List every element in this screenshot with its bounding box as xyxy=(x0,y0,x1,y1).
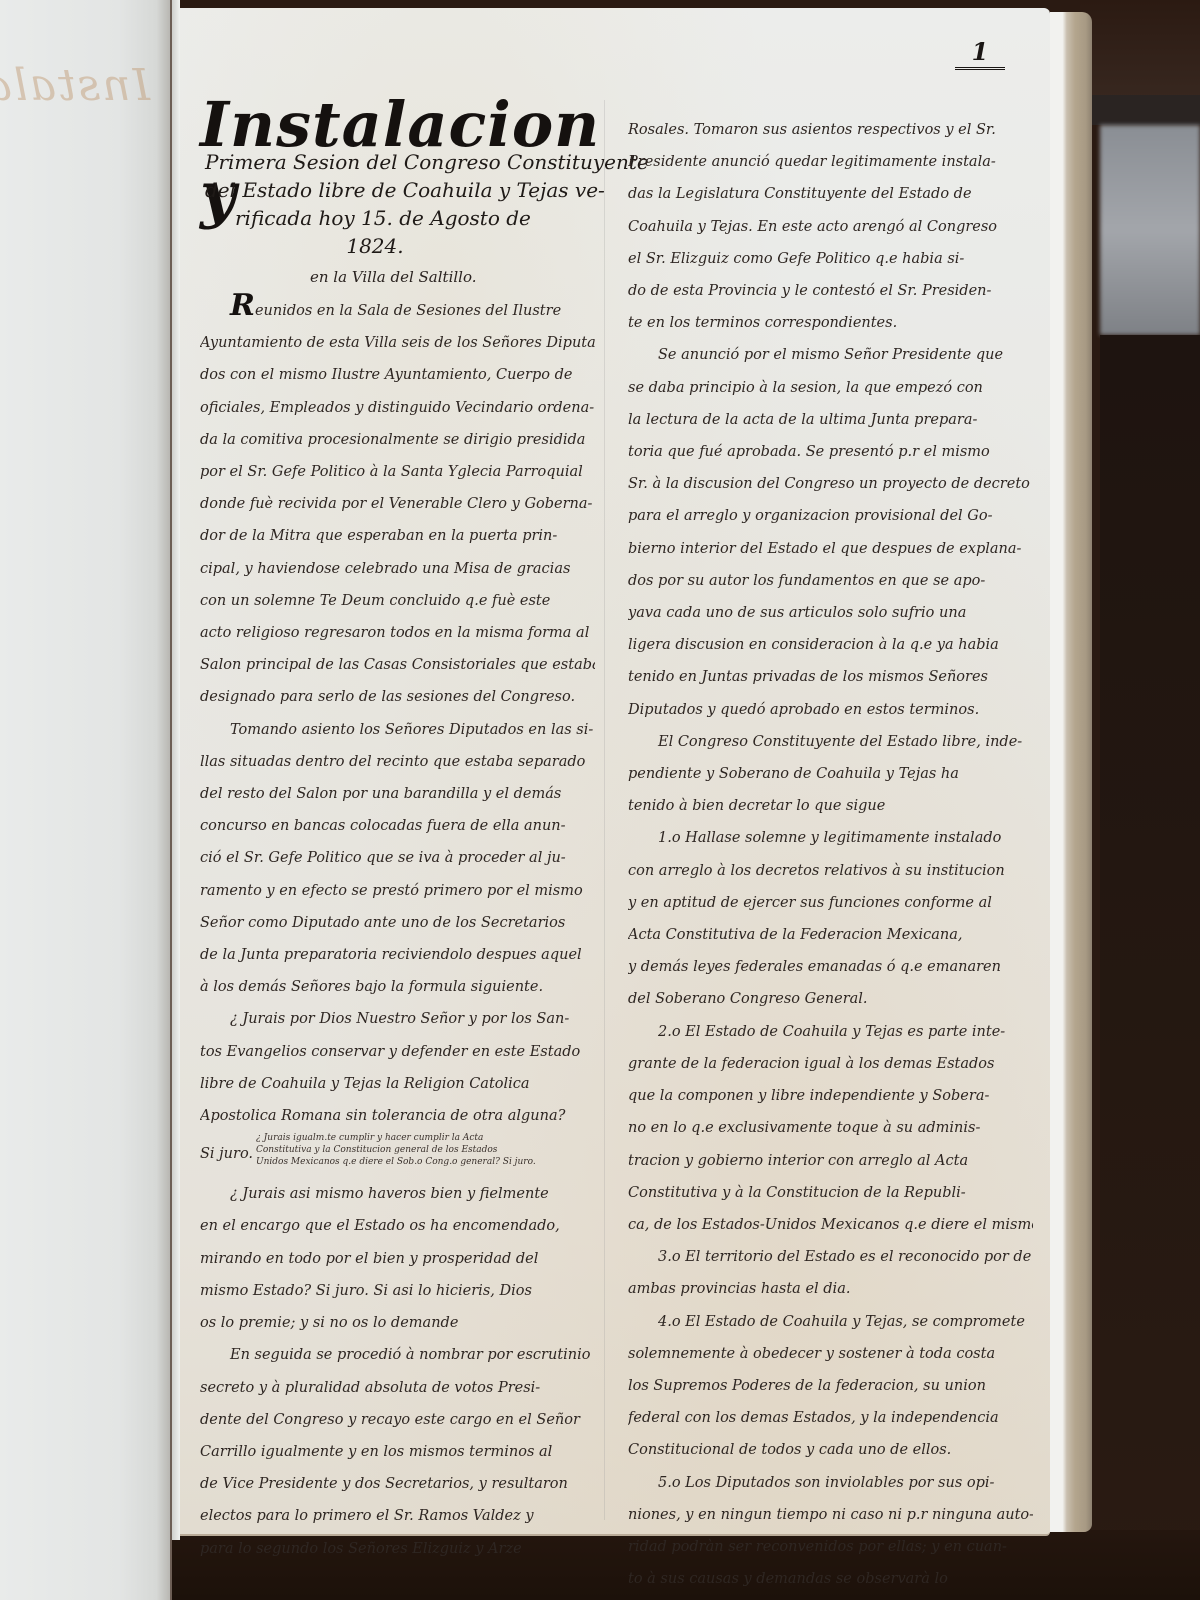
text-line: Acta Constitutiva de la Federacion Mexic… xyxy=(628,919,1033,951)
note-line: ¿ Jurais igualm.te cumplir y hacer cumpl… xyxy=(256,1132,536,1144)
text-line: ¿ Jurais por Dios Nuestro Señor y por lo… xyxy=(200,1003,595,1035)
text-line: la lectura de la acta de la ultima Junta… xyxy=(628,404,1033,436)
text-line: acto religioso regresaron todos en la mi… xyxy=(200,617,595,649)
text-line: pendiente y Soberano de Coahuila y Tejas… xyxy=(628,758,1033,790)
text-line: del resto del Salon por una barandilla y… xyxy=(200,778,595,810)
text-line: grante de la federacion igual à los dema… xyxy=(628,1048,1033,1080)
background-wood-lower xyxy=(1100,335,1200,1600)
text-line: Carrillo igualmente y en los mismos term… xyxy=(200,1436,595,1468)
text-line: ¿ Jurais asi mismo haveros bien y fielme… xyxy=(200,1178,595,1210)
text-line: 1.o Hallase solemne y legitimamente inst… xyxy=(628,822,1033,854)
bleed-through-ink: Instalacion xyxy=(0,60,150,120)
text-line: 5.o Los Diputados son inviolables por su… xyxy=(628,1467,1033,1499)
text-line: toria que fué aprobada. Se presentó p.r … xyxy=(628,436,1033,468)
text-line: tenido en Juntas privadas de los mismos … xyxy=(628,661,1033,693)
text-line: dor de la Mitra que esperaban en la puer… xyxy=(200,520,595,552)
text-line: dos con el mismo Ilustre Ayuntamiento, C… xyxy=(200,359,595,391)
text-line: ligera discusion en consideracion à la q… xyxy=(628,629,1033,661)
text-line: mismo Estado? Si juro. Si asi lo hicieri… xyxy=(200,1275,595,1307)
text-line: dente del Congreso y recayo este cargo e… xyxy=(200,1404,595,1436)
book-gutter xyxy=(172,0,180,1540)
background-window xyxy=(1100,125,1200,335)
text-line: os lo premie; y si no os lo demande xyxy=(200,1307,595,1339)
text-line: Apostolica Romana sin tolerancia de otra… xyxy=(200,1100,595,1132)
marginal-note-block: Si juro.¿ Jurais igualm.te cumplir y hac… xyxy=(200,1132,595,1178)
column-divider xyxy=(604,100,605,1520)
text-line: 2.o El Estado de Coahuila y Tejas es par… xyxy=(628,1016,1033,1048)
text-line: Reunidos en la Sala de Sesiones del Ilus… xyxy=(200,290,595,327)
text-line: por el Sr. Gefe Politico à la Santa Ygle… xyxy=(200,456,595,488)
text-line: designado para serlo de las sesiones del… xyxy=(200,681,595,713)
text-line: libre de Coahuila y Tejas la Religion Ca… xyxy=(200,1068,595,1100)
text-line: bierno interior del Estado el que despue… xyxy=(628,533,1033,565)
text-line: los Supremos Poderes de la federacion, s… xyxy=(628,1370,1033,1402)
text-line: da la comitiva procesionalmente se dirig… xyxy=(200,424,595,456)
text-line: Presidente anunció quedar legitimamente … xyxy=(628,146,1033,178)
text-line: Coahuila y Tejas. En este acto arengó al… xyxy=(628,211,1033,243)
text-line: en el encargo que el Estado os ha encome… xyxy=(200,1210,595,1242)
text-line: tracion y gobierno interior con arreglo … xyxy=(628,1145,1033,1177)
text-line: ridad podràn ser reconvenidos por ellas;… xyxy=(628,1531,1033,1563)
text-line: donde fuè recivida por el Venerable Cler… xyxy=(200,488,595,520)
text-line: El Congreso Constituyente del Estado lib… xyxy=(628,726,1033,758)
text-line: mirando en todo por el bien y prosperida… xyxy=(200,1243,595,1275)
document-place: en la Villa del Saltillo. xyxy=(310,268,477,286)
page-number: 1 xyxy=(955,40,1005,70)
text-line: para el arreglo y organizacion provision… xyxy=(628,500,1033,532)
text-line: el Sr. Elizguiz como Gefe Politico q.e h… xyxy=(628,243,1033,275)
text-line: secreto y à pluralidad absoluta de votos… xyxy=(200,1372,595,1404)
text-line: concurso en bancas colocadas fuera de el… xyxy=(200,810,595,842)
text-line: Rosales. Tomaron sus asientos respectivo… xyxy=(628,114,1033,146)
text-line: ambas provincias hasta el dia. xyxy=(628,1273,1033,1305)
text-line: con arreglo à los decretos relativos à s… xyxy=(628,855,1033,887)
text-line: cipal, y haviendose celebrado una Misa d… xyxy=(200,553,595,585)
text-line: con un solemne Te Deum concluido q.e fuè… xyxy=(200,585,595,617)
text-line: Constitutiva y à la Constitucion de la R… xyxy=(628,1177,1033,1209)
subtitle-line: rificada hoy 15. de Agosto de xyxy=(205,204,585,232)
text-line: Ayuntamiento de esta Villa seis de los S… xyxy=(200,327,595,359)
text-line: y demás leyes federales emanadas ó q.e e… xyxy=(628,951,1033,983)
text-line: de la Junta preparatoria reciviendolo de… xyxy=(200,939,595,971)
page-block-edges xyxy=(1050,12,1092,1532)
text-line: to à sus causas y demandas se observarà … xyxy=(628,1563,1033,1595)
text-line: que la componen y libre independiente y … xyxy=(628,1080,1033,1112)
text-line: solemnemente à obedecer y sostener à tod… xyxy=(628,1338,1033,1370)
text-line: Se anunció por el mismo Señor Presidente… xyxy=(628,339,1033,371)
text-line: do de esta Provincia y le contestó el Sr… xyxy=(628,275,1033,307)
text-line: En seguida se procedió à nombrar por esc… xyxy=(200,1339,595,1371)
interlinear-note: ¿ Jurais igualm.te cumplir y hacer cumpl… xyxy=(256,1132,536,1168)
document-subtitle: Primera Sesion del Congreso Constituyent… xyxy=(205,148,585,260)
text-line: das la Legislatura Constituyente del Est… xyxy=(628,178,1033,210)
text-line: ca, de los Estados-Unidos Mexicanos q.e … xyxy=(628,1209,1033,1241)
text-line: federal con los demas Estados, y la inde… xyxy=(628,1402,1033,1434)
text-line: oficiales, Empleados y distinguido Vecin… xyxy=(200,392,595,424)
oath-answer: Si juro. xyxy=(200,1138,253,1170)
text-line: electos para lo primero el Sr. Ramos Val… xyxy=(200,1500,595,1532)
text-line: niones, y en ningun tiempo ni caso ni p.… xyxy=(628,1499,1033,1531)
text-line: se daba principio à la sesion, la que em… xyxy=(628,372,1033,404)
text-line: ció el Sr. Gefe Politico que se iva à pr… xyxy=(200,842,595,874)
text-line: Constitucional de todos y cada uno de el… xyxy=(628,1434,1033,1466)
text-line: no en lo q.e exclusivamente toque à su a… xyxy=(628,1112,1033,1144)
note-line: Constitutiva y la Constitucion general d… xyxy=(256,1144,536,1156)
text-line: yava cada uno de sus articulos solo sufr… xyxy=(628,597,1033,629)
text-line: de Vice Presidente y dos Secretarios, y … xyxy=(200,1468,595,1500)
text-line: ramento y en efecto se prestó primero po… xyxy=(200,875,595,907)
text-line: llas situadas dentro del recinto que est… xyxy=(200,746,595,778)
left-text-column: Reunidos en la Sala de Sesiones del Ilus… xyxy=(200,290,595,1565)
text-line: 4.o El Estado de Coahuila y Tejas, se co… xyxy=(628,1306,1033,1338)
document-year: 1824. xyxy=(205,232,585,260)
text-line: Diputados y quedó aprobado en estos term… xyxy=(628,694,1033,726)
text-line: à los demás Señores bajo la formula sigu… xyxy=(200,971,595,1003)
text-line: te en los terminos correspondientes. xyxy=(628,307,1033,339)
text-line: Tomando asiento los Señores Diputados en… xyxy=(200,714,595,746)
text-line: Señor como Diputado ante uno de los Secr… xyxy=(200,907,595,939)
left-facing-page: Instalacion xyxy=(0,0,172,1600)
right-text-column: Rosales. Tomaron sus asientos respectivo… xyxy=(628,114,1033,1595)
note-line: Unidos Mexicanos q.e diere el Sob.o Cong… xyxy=(256,1156,536,1168)
subtitle-line: del Estado libre de Coahuila y Tejas ve- xyxy=(205,176,585,204)
text-line: para lo segundo los Señores Elizguiz y A… xyxy=(200,1533,595,1565)
text-line: tos Evangelios conservar y defender en e… xyxy=(200,1036,595,1068)
text-line: del Soberano Congreso General. xyxy=(628,983,1033,1015)
text-line: Sr. à la discusion del Congreso un proye… xyxy=(628,468,1033,500)
text-line: y en aptitud de ejercer sus funciones co… xyxy=(628,887,1033,919)
background-shelf xyxy=(1080,95,1200,125)
text-line: Salon principal de las Casas Consistoria… xyxy=(200,649,595,681)
text-line: 3.o El territorio del Estado es el recon… xyxy=(628,1241,1033,1273)
text-line: tenido à bien decretar lo que sigue xyxy=(628,790,1033,822)
subtitle-line: Primera Sesion del Congreso Constituyent… xyxy=(205,148,585,176)
text-line: dos por su autor los fundamentos en que … xyxy=(628,565,1033,597)
